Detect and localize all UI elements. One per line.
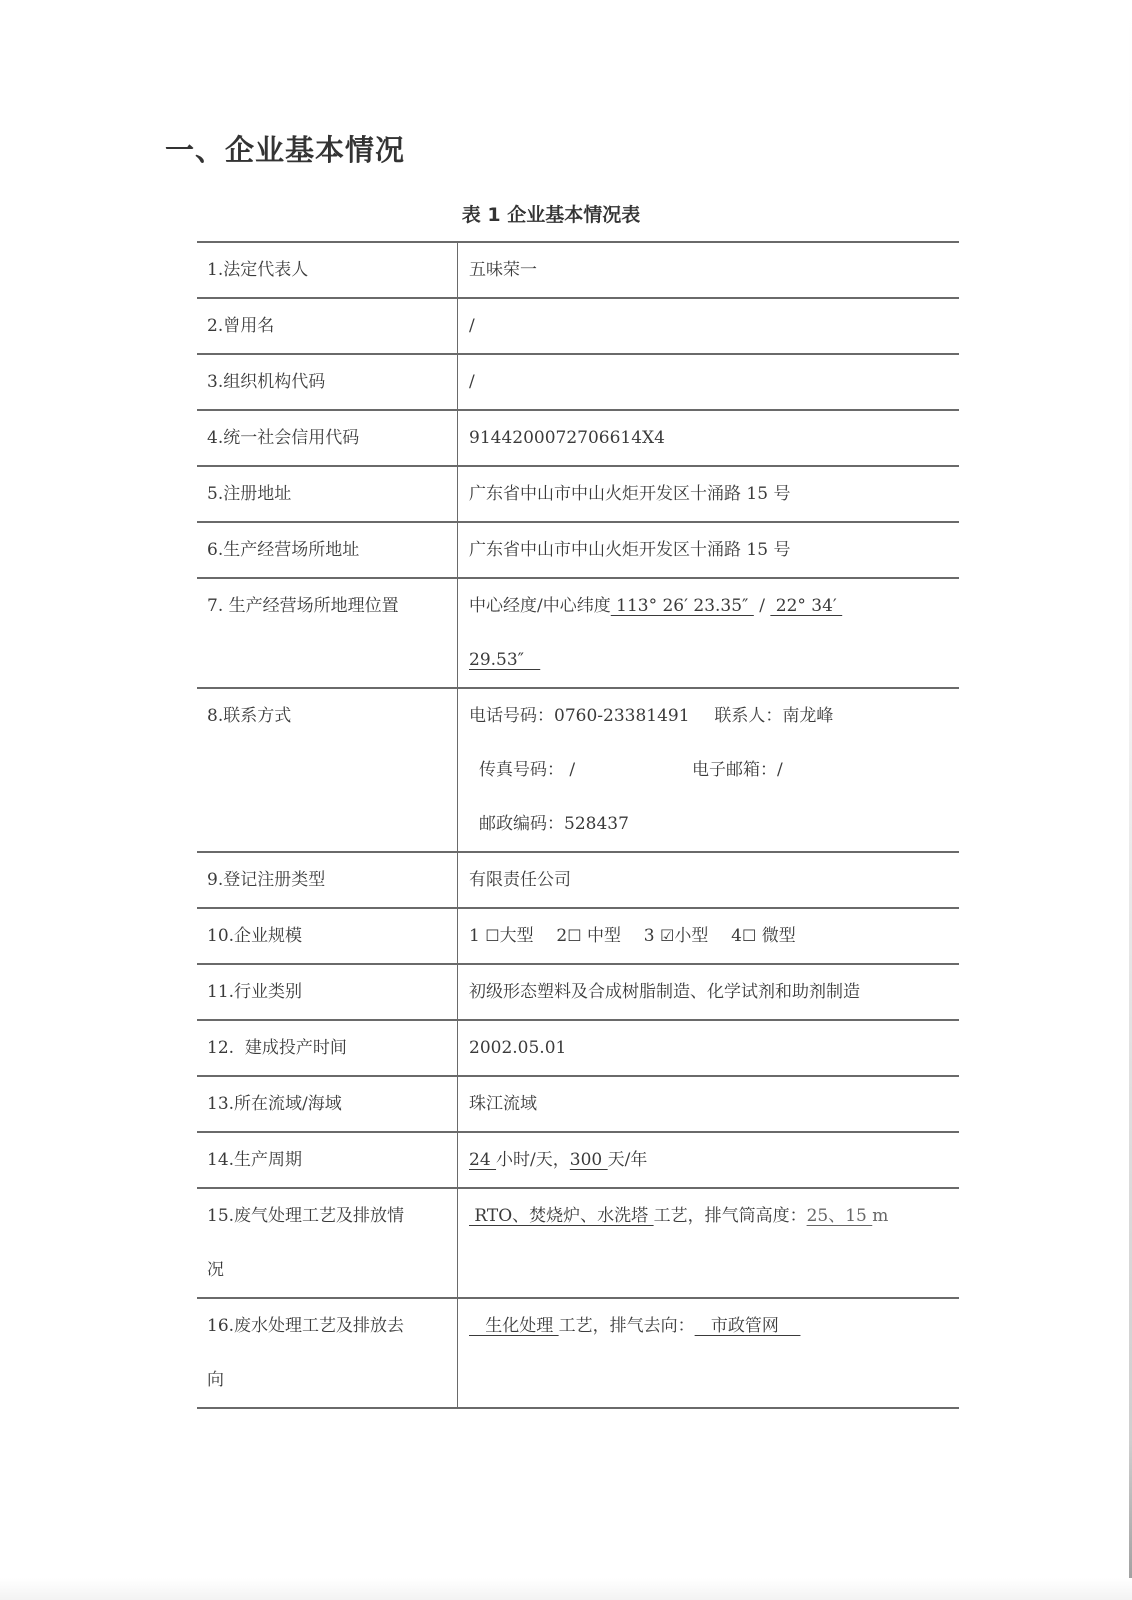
scale-option-micro[interactable]: 4☐ 微型 bbox=[731, 926, 796, 946]
days-per-year: 300 bbox=[570, 1150, 608, 1170]
table-row: 16.废水处理工艺及排放去 向 生化处理 工艺，排气去向： 市政管网 bbox=[197, 1298, 959, 1408]
postal-value: 528437 bbox=[564, 814, 629, 834]
credit-code-value: 9144200072706614X4 bbox=[458, 410, 960, 466]
table-row: 7. 生产经营场所地理位置 中心经度/中心纬度 113° 26′ 23.35″ … bbox=[197, 578, 959, 688]
contact-label: 联系人： bbox=[714, 706, 782, 726]
stack-height: 25、15 bbox=[807, 1206, 873, 1226]
scan-margin-marks bbox=[1088, 730, 1100, 880]
row-label: 14.生产周期 bbox=[197, 1132, 458, 1188]
table-row: 6.生产经营场所地址 广东省中山市中山火炬开发区十涌路 15 号 bbox=[197, 522, 959, 578]
start-date-value: 2002.05.01 bbox=[458, 1020, 960, 1076]
height-unit: m bbox=[872, 1206, 888, 1226]
row-label: 5.注册地址 bbox=[197, 466, 458, 522]
geo-prefix: 中心经度/中心纬度 bbox=[469, 596, 611, 616]
exhaust-treatment-value: RTO、焚烧炉、水洗塔 工艺，排气筒高度：25、15 m bbox=[458, 1188, 960, 1298]
geo-separator: / bbox=[754, 596, 771, 616]
registration-type-value: 有限责任公司 bbox=[458, 852, 960, 908]
registered-address-value: 广东省中山市中山火炬开发区十涌路 15 号 bbox=[458, 466, 960, 522]
enterprise-info-table: 1.法定代表人 五味荣一 2.曾用名 / 3.组织机构代码 / 4.统一社会信用… bbox=[197, 241, 959, 1409]
table-row: 14.生产周期 24 小时/天，300 天/年 bbox=[197, 1132, 959, 1188]
table-row: 9.登记注册类型 有限责任公司 bbox=[197, 852, 959, 908]
option-label: 微型 bbox=[756, 926, 795, 946]
checkbox-checked-icon[interactable]: ☑ bbox=[660, 926, 674, 945]
fax-value: / bbox=[569, 760, 575, 780]
latitude-part1: 22° 34′ bbox=[770, 596, 842, 616]
table-row: 15.废气处理工艺及排放情 况 RTO、焚烧炉、水洗塔 工艺，排气筒高度：25、… bbox=[197, 1188, 959, 1298]
business-address-value: 广东省中山市中山火炬开发区十涌路 15 号 bbox=[458, 522, 960, 578]
phone-label: 电话号码： bbox=[469, 706, 554, 726]
latitude-part2: 29.53″ bbox=[469, 650, 540, 670]
table-caption-text: 表 1 企业基本情况表 bbox=[462, 200, 640, 227]
label-line: 16.废水处理工艺及排放去 bbox=[207, 1299, 447, 1353]
scale-option-medium[interactable]: 2☐ 中型 bbox=[556, 926, 621, 946]
option-number: 4 bbox=[731, 926, 742, 946]
hours-per-day: 24 bbox=[469, 1150, 496, 1170]
fax-label: 传真号码： bbox=[479, 760, 564, 780]
enterprise-scale-options: 1 ☐大型 2☐ 中型 3 ☑小型 4☐ 微型 bbox=[458, 908, 960, 964]
checkbox-unchecked-icon[interactable]: ☐ bbox=[485, 926, 499, 945]
phone-value: 0760-23381491 bbox=[554, 706, 690, 726]
option-number: 2 bbox=[556, 926, 567, 946]
scale-option-large[interactable]: 1 ☐大型 bbox=[469, 926, 534, 946]
row-label: 16.废水处理工艺及排放去 向 bbox=[197, 1298, 458, 1408]
longitude: 113° 26′ 23.35″ bbox=[611, 596, 754, 616]
option-number: 3 bbox=[644, 926, 660, 946]
table-row: 1.法定代表人 五味荣一 bbox=[197, 242, 959, 298]
table-row: 2.曾用名 / bbox=[197, 298, 959, 354]
table-row: 4.统一社会信用代码 9144200072706614X4 bbox=[197, 410, 959, 466]
discharge-destination: 市政管网 bbox=[695, 1316, 801, 1336]
hours-unit: 小时/天， bbox=[496, 1150, 570, 1170]
process-suffix: 工艺，排气去向： bbox=[559, 1316, 695, 1336]
row-label: 13.所在流域/海域 bbox=[197, 1076, 458, 1132]
row-label: 7. 生产经营场所地理位置 bbox=[197, 578, 458, 688]
org-code-value: / bbox=[458, 354, 960, 410]
option-label: 小型 bbox=[674, 926, 708, 946]
table-row: 10.企业规模 1 ☐大型 2☐ 中型 3 ☑小型 4☐ 微型 bbox=[197, 908, 959, 964]
production-cycle-value: 24 小时/天，300 天/年 bbox=[458, 1132, 960, 1188]
former-name-value: / bbox=[458, 298, 960, 354]
contact-info-value: 电话号码：0760-23381491 联系人：南龙峰 传真号码： / 电子邮箱：… bbox=[458, 688, 960, 852]
section-title: 一、企业基本情况 bbox=[165, 128, 405, 169]
days-unit: 天/年 bbox=[608, 1150, 648, 1170]
table-row: 13.所在流域/海域 珠江流域 bbox=[197, 1076, 959, 1132]
label-line: 15.废气处理工艺及排放情 bbox=[207, 1189, 447, 1243]
row-label: 3.组织机构代码 bbox=[197, 354, 458, 410]
row-label: 12. 建成投产时间 bbox=[197, 1020, 458, 1076]
table-row: 8.联系方式 电话号码：0760-23381491 联系人：南龙峰 传真号码： … bbox=[197, 688, 959, 852]
row-label: 15.废气处理工艺及排放情 况 bbox=[197, 1188, 458, 1298]
checkbox-unchecked-icon[interactable]: ☐ bbox=[742, 926, 756, 945]
legal-representative-value: 五味荣一 bbox=[458, 242, 960, 298]
row-label: 6.生产经营场所地址 bbox=[197, 522, 458, 578]
exhaust-process: RTO、焚烧炉、水洗塔 bbox=[469, 1206, 654, 1226]
table-row: 5.注册地址 广东省中山市中山火炬开发区十涌路 15 号 bbox=[197, 466, 959, 522]
watershed-value: 珠江流域 bbox=[458, 1076, 960, 1132]
checkbox-unchecked-icon[interactable]: ☐ bbox=[567, 926, 581, 945]
table-caption: 表 1 企业基本情况表 bbox=[0, 200, 1132, 227]
row-label: 2.曾用名 bbox=[197, 298, 458, 354]
row-label: 9.登记注册类型 bbox=[197, 852, 458, 908]
scale-option-small[interactable]: 3 ☑小型 bbox=[644, 926, 709, 946]
label-line: 况 bbox=[207, 1243, 447, 1297]
table-row: 11.行业类别 初级形态塑料及合成树脂制造、化学试剂和助剂制造 bbox=[197, 964, 959, 1020]
row-label: 4.统一社会信用代码 bbox=[197, 410, 458, 466]
contact-value: 南龙峰 bbox=[782, 706, 833, 726]
wastewater-process: 生化处理 bbox=[469, 1316, 559, 1336]
option-number: 1 bbox=[469, 926, 485, 946]
row-label: 10.企业规模 bbox=[197, 908, 458, 964]
process-suffix: 工艺，排气筒高度： bbox=[654, 1206, 807, 1226]
option-label: 中型 bbox=[582, 926, 621, 946]
geo-location-value: 中心经度/中心纬度 113° 26′ 23.35″ / 22° 34′ 29.5… bbox=[458, 578, 960, 688]
industry-category-value: 初级形态塑料及合成树脂制造、化学试剂和助剂制造 bbox=[458, 964, 960, 1020]
option-label: 大型 bbox=[500, 926, 534, 946]
email-label: 电子邮箱： bbox=[692, 760, 777, 780]
postal-label: 邮政编码： bbox=[479, 814, 564, 834]
table-row: 3.组织机构代码 / bbox=[197, 354, 959, 410]
label-line: 向 bbox=[207, 1353, 447, 1407]
row-label: 8.联系方式 bbox=[197, 688, 458, 852]
row-label: 1.法定代表人 bbox=[197, 242, 458, 298]
row-label: 11.行业类别 bbox=[197, 964, 458, 1020]
table-row: 12. 建成投产时间 2002.05.01 bbox=[197, 1020, 959, 1076]
wastewater-treatment-value: 生化处理 工艺，排气去向： 市政管网 bbox=[458, 1298, 960, 1408]
scan-bottom-edge bbox=[0, 1578, 1132, 1600]
email-value: / bbox=[777, 760, 783, 780]
